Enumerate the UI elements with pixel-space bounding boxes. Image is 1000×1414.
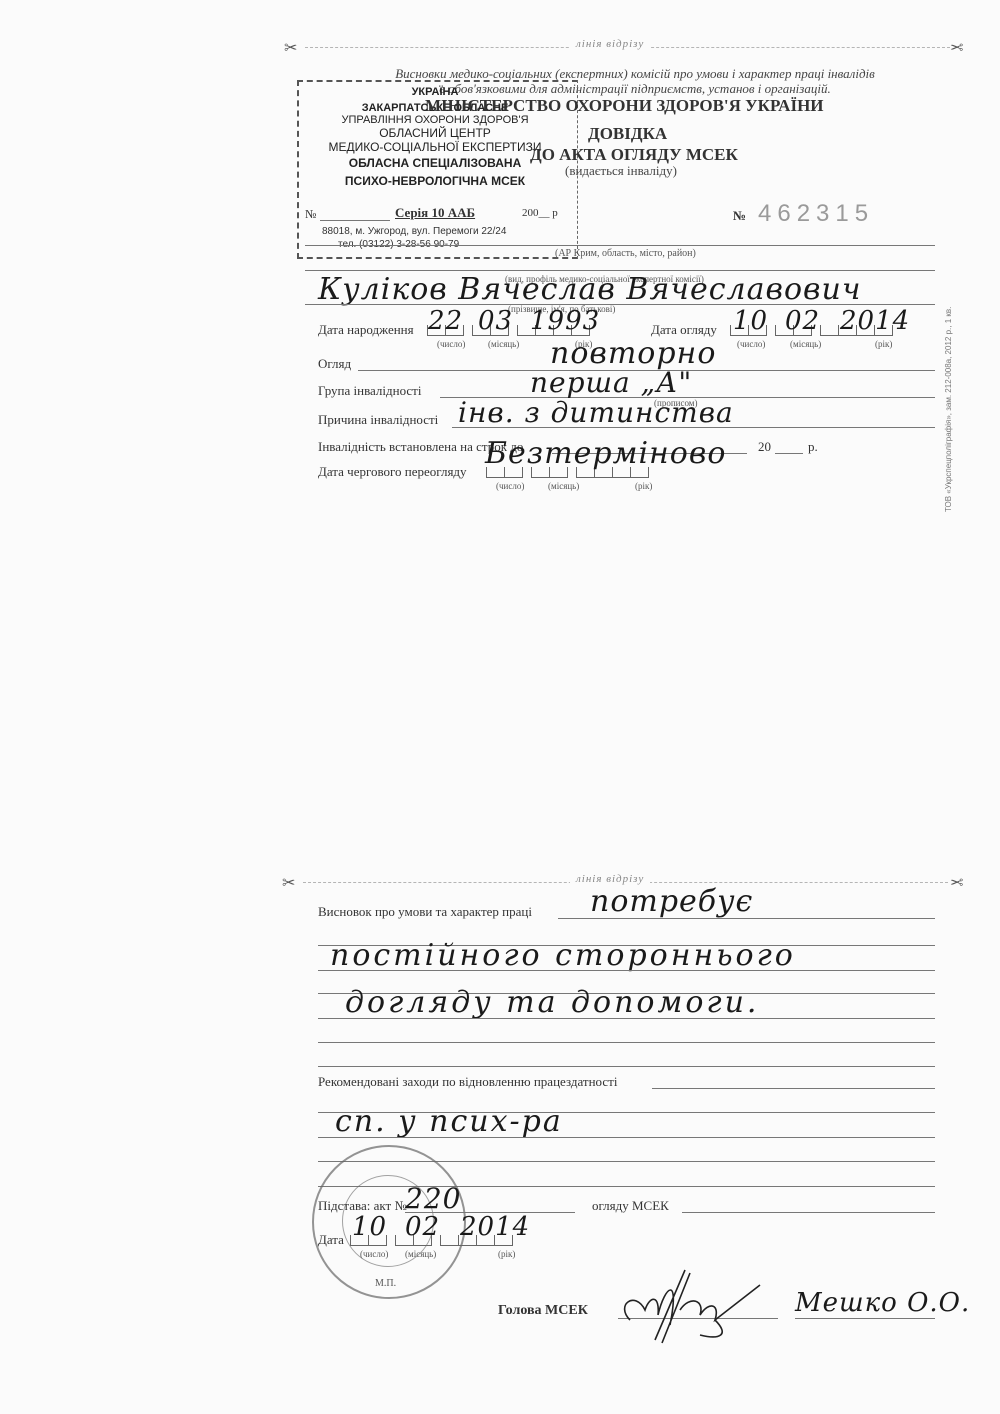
reexam-year-hint: (рік) <box>635 481 652 491</box>
disability-cause-label: Причина інвалідності <box>318 412 438 428</box>
measures-line-2 <box>318 1137 935 1138</box>
head-label: Голова МСЕК <box>498 1303 588 1319</box>
serial-number: 462315 <box>758 200 874 228</box>
conclusion-value-1: потребує <box>590 884 753 919</box>
exam-type-label: Огляд <box>318 356 351 372</box>
seal-mark: М.П. <box>375 1278 396 1289</box>
full-name-value: Куліков Вячеслав Вячеславович <box>318 272 861 307</box>
reexam-month-hint: (місяць) <box>548 481 579 491</box>
act-number-value: 220 <box>405 1182 461 1215</box>
stamp-number-line <box>320 220 390 221</box>
exam-day-hint: (число) <box>737 339 765 349</box>
issued-to-note: (видається інваліду) <box>565 163 677 179</box>
term-year-line <box>775 453 803 454</box>
basis-year-hint: (рік) <box>498 1249 515 1259</box>
measures-label: Рекомендовані заходи по відновленню прац… <box>318 1074 617 1090</box>
basis-month-hint: (місяць) <box>405 1249 436 1259</box>
document-subtitle: ДО АКТА ОГЛЯДУ МСЕК <box>530 145 738 165</box>
basis-suffix-line <box>682 1212 935 1213</box>
reexam-day-hint: (число) <box>496 481 524 491</box>
exam-day: 10 <box>733 306 768 336</box>
stamp-line: ПСИХО-НЕВРОЛОГІЧНА МСЕК <box>300 174 570 188</box>
birth-day: 22 <box>428 306 463 336</box>
birth-year: 1993 <box>530 306 600 336</box>
cut-line-label-top: лінія відрізу <box>570 38 650 50</box>
basis-year: 2014 <box>460 1212 530 1242</box>
term-year-prefix: 20 <box>758 439 771 455</box>
stamp-address: 88018, м. Ужгород, вул. Перемоги 22/24 <box>322 226 506 237</box>
conclusion-value-3: догляду та допомоги. <box>345 985 759 1020</box>
scissors-icon-left: ✂ <box>284 38 297 58</box>
measures-line-0 <box>652 1088 935 1089</box>
stamp-series: Серія 10 ААБ <box>395 205 475 221</box>
basis-day-hint: (число) <box>360 1249 388 1259</box>
conclusion-value-2: постійного стороннього <box>330 938 796 973</box>
date-label: Дата <box>318 1232 344 1248</box>
printer-note: ТОВ «Укрспецполіграфія», зам. 212-008а, … <box>944 307 953 512</box>
conclusion-line-6 <box>318 1066 935 1067</box>
notice-line-1: Висновки медико-соціальних (експертних) … <box>315 66 955 81</box>
region-hint: (АР Крим, область, місто, район) <box>555 248 696 259</box>
scissors-icon-right-bottom: ✂ <box>950 873 963 893</box>
conclusion-line-4 <box>318 1018 935 1019</box>
reexam-label: Дата чергового переогляду <box>318 464 467 480</box>
conclusion-line-2 <box>318 970 935 971</box>
exam-year-hint: (рік) <box>875 339 892 349</box>
term-year-suffix: р. <box>808 439 818 455</box>
birth-day-hint: (число) <box>437 339 465 349</box>
exam-month: 02 <box>785 306 820 336</box>
basis-suffix: огляду МСЕК <box>592 1198 669 1214</box>
birth-month: 03 <box>478 306 513 336</box>
stamp-number-label: № <box>305 207 316 222</box>
disability-group-label: Група інвалідності <box>318 383 421 399</box>
fullname-line <box>305 304 935 305</box>
exam-year: 2014 <box>840 306 910 336</box>
scissors-icon-right: ✂ <box>950 38 963 58</box>
stamp-line: ОБЛАСНИЙ ЦЕНТР <box>300 126 570 140</box>
measures-value: сп. у псих-ра <box>335 1104 563 1139</box>
conclusion-label: Висновок про умови та характер праці <box>318 904 532 920</box>
reexam-value: Безтерміново <box>485 436 726 471</box>
exam-month-hint: (місяць) <box>790 339 821 349</box>
birth-date-label: Дата народження <box>318 322 414 338</box>
name-line <box>795 1318 935 1319</box>
scissors-icon-left-bottom: ✂ <box>282 873 295 893</box>
ministry-title: МІНІСТЕРСТВО ОХОРОНИ ЗДОРОВ'Я УКРАЇНИ <box>425 96 824 116</box>
document-title: ДОВІДКА <box>588 124 667 144</box>
conclusion-line-5 <box>318 1042 935 1043</box>
serial-number-label: № <box>733 208 746 224</box>
signature-icon <box>610 1265 780 1345</box>
basis-day: 10 <box>352 1212 387 1242</box>
birth-month-hint: (місяць) <box>488 339 519 349</box>
disability-group-value: перша „А" <box>530 366 692 399</box>
disability-cause-value: інв. з дитинства <box>458 396 734 429</box>
basis-month: 02 <box>405 1212 440 1242</box>
stamp-year: 200__ р <box>522 207 558 219</box>
head-name-value: Мешко О.О. <box>795 1288 970 1318</box>
region-line <box>305 245 935 246</box>
commission-line <box>305 270 935 271</box>
